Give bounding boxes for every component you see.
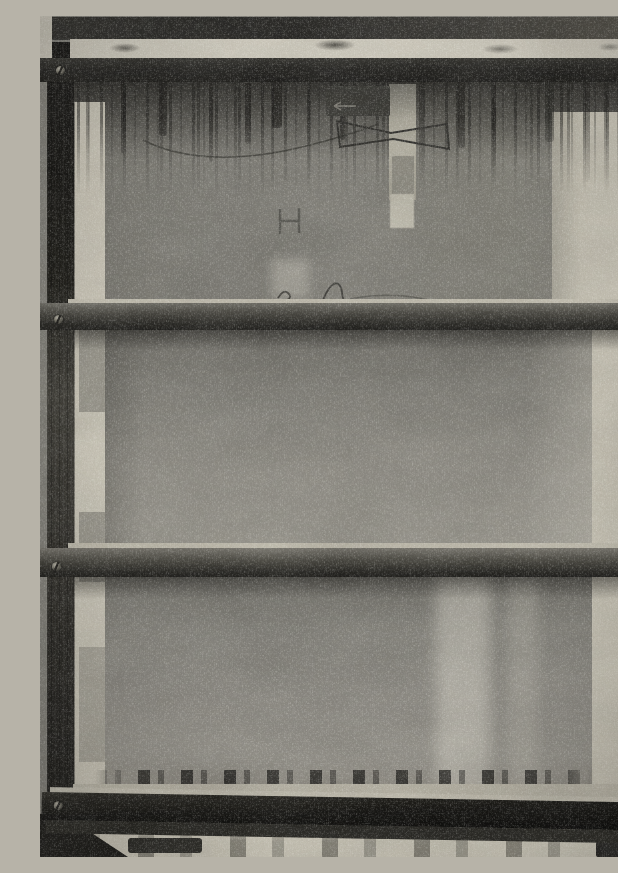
- screw-lower-left: [52, 562, 61, 571]
- drip: [545, 82, 554, 142]
- drip: [121, 82, 126, 154]
- upper-crossbar: [40, 58, 618, 82]
- page-corner: [40, 16, 52, 58]
- dark-label-patch: [326, 86, 390, 116]
- lower-crossbar-shadow: [73, 577, 618, 599]
- drip: [585, 82, 590, 182]
- lower-crossbar: [40, 548, 618, 577]
- top-white-strip: [70, 39, 618, 59]
- bottom-rail-group: [41, 787, 618, 850]
- wood-batten-tail: [392, 156, 414, 196]
- lower-panel-faint-column: [508, 576, 538, 796]
- light-smudge-patch: [271, 259, 309, 299]
- drip: [492, 82, 496, 166]
- middle-crossbar-shadow: [73, 330, 618, 350]
- debris-row: [95, 770, 595, 785]
- drip: [458, 82, 465, 148]
- top-strip-smudges: [70, 39, 618, 59]
- middle-panel-light-column: [526, 330, 592, 546]
- drip: [245, 82, 251, 144]
- screw-middle-left: [54, 315, 63, 324]
- drip: [159, 82, 167, 136]
- left-frame-member: [47, 42, 74, 804]
- top-rail: [46, 17, 618, 39]
- drip: [272, 82, 282, 128]
- drip: [209, 82, 213, 162]
- screw-upper-left: [56, 66, 65, 75]
- lower-panel-bright-column: [436, 566, 490, 801]
- margin-grime-patch: [79, 647, 105, 762]
- photograph: Verso of a stretched grey canvas on a wo…: [40, 16, 618, 857]
- middle-crossbar: [40, 303, 618, 330]
- batten-white-block: [390, 194, 414, 228]
